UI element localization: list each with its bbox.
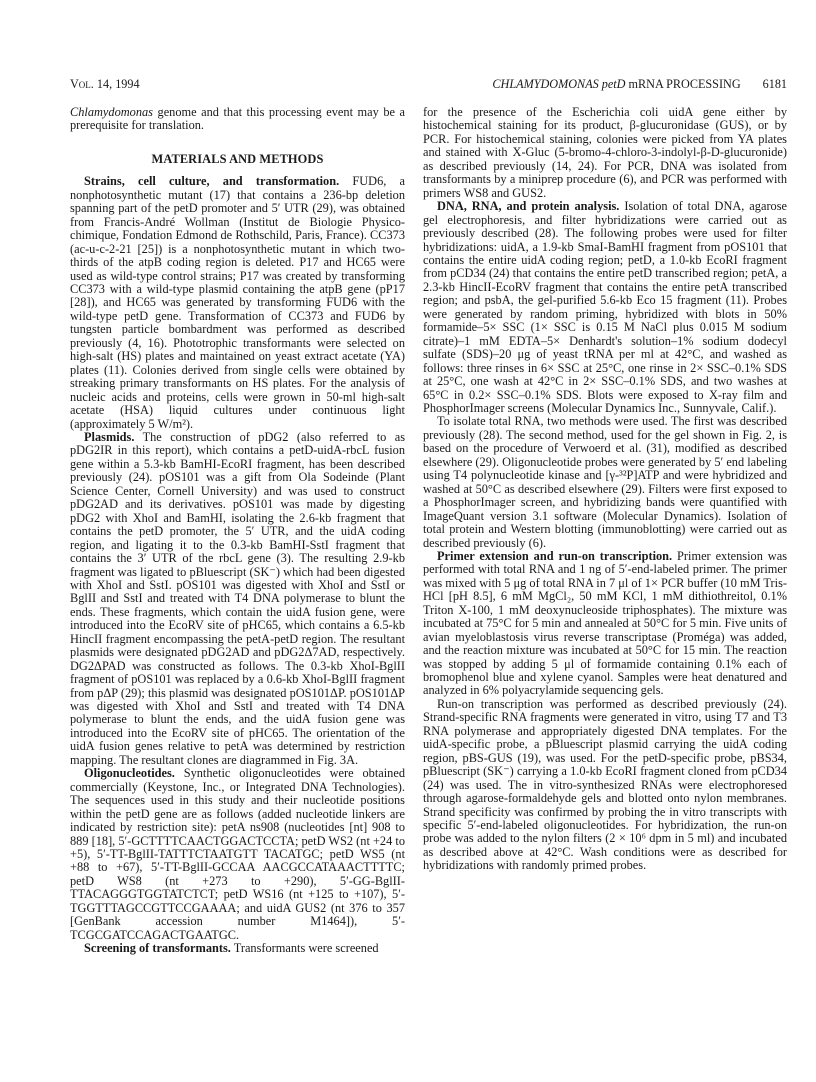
run-in-heading: Oligonucleotides.: [84, 766, 175, 780]
running-head: Vol. 14, 1994 CHLAMYDOMONAS petD mRNA PR…: [70, 76, 787, 92]
right-column: for the presence of the Escherichia coli…: [423, 106, 787, 873]
page-number: 6181: [763, 77, 787, 91]
paragraph-screening: Screening of transformants. Transformant…: [70, 942, 405, 955]
volume-info: Vol. 14, 1994: [70, 76, 140, 92]
paragraph-run-on: Run-on transcription was performed as de…: [423, 698, 787, 873]
run-in-heading: Plasmids.: [84, 430, 134, 444]
journal-running-title: CHLAMYDOMONAS petD mRNA PROCESSING6181: [492, 76, 787, 92]
left-column: Chlamydomonas genome and that this proce…: [70, 106, 405, 956]
paragraph-screening-continued: for the presence of the Escherichia coli…: [423, 106, 787, 200]
paragraph-dna-rna-protein: DNA, RNA, and protein analysis. Isolatio…: [423, 200, 787, 415]
section-heading-materials-methods: MATERIALS AND METHODS: [70, 153, 405, 166]
paragraph-plasmids: Plasmids. The construction of pDG2 (also…: [70, 431, 405, 767]
run-in-heading: Strains, cell culture, and transformatio…: [84, 174, 339, 188]
run-in-heading: Primer extension and run-on transcriptio…: [437, 549, 672, 563]
intro-paragraph: Chlamydomonas genome and that this proce…: [70, 106, 405, 133]
paragraph-oligonucleotides: Oligonucleotides. Synthetic oligonucleot…: [70, 767, 405, 942]
run-in-heading: Screening of transformants.: [84, 941, 231, 955]
paragraph-primer-extension: Primer extension and run-on transcriptio…: [423, 550, 787, 698]
paragraph-strains: Strains, cell culture, and transformatio…: [70, 175, 405, 431]
run-in-heading: DNA, RNA, and protein analysis.: [437, 199, 619, 213]
paragraph-rna-isolation: To isolate total RNA, two methods were u…: [423, 415, 787, 550]
